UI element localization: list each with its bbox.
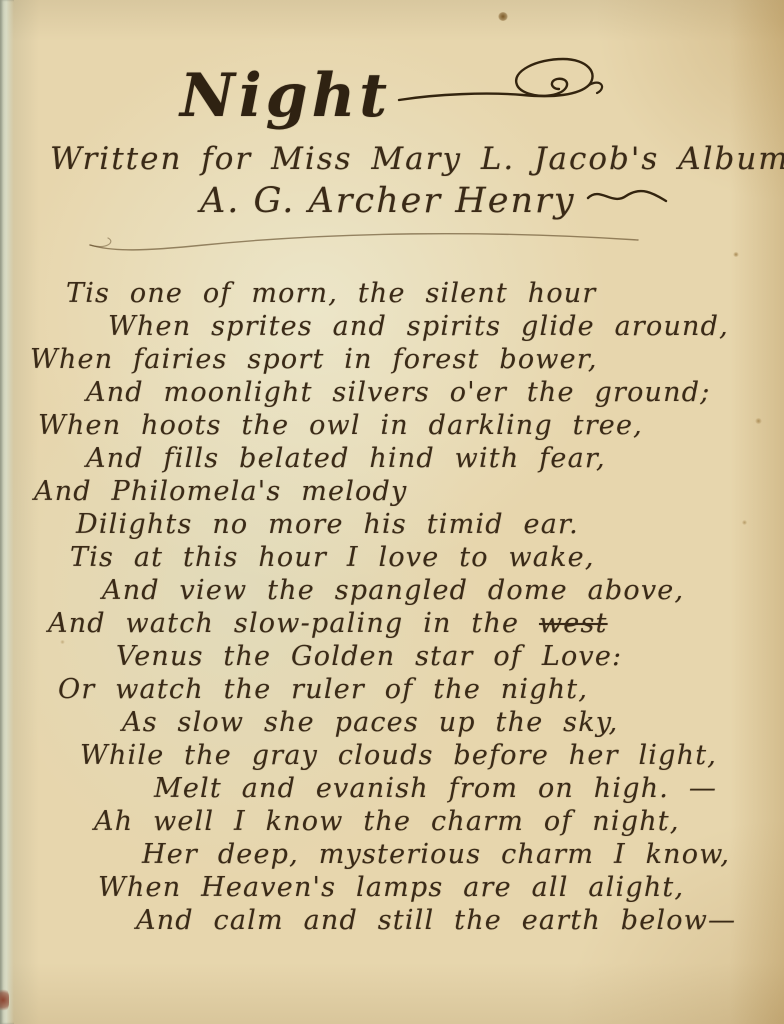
poem-line: When Heaven's lamps are all alight,: [98, 871, 768, 904]
poem: Tis one of morn, the silent hourWhen spr…: [28, 277, 768, 937]
poem-line: When hoots the owl in darkling tree,: [38, 409, 768, 442]
poem-line-text: When Heaven's lamps are all alight,: [98, 872, 684, 903]
poem-line: Or watch the ruler of the night,: [58, 673, 768, 706]
title-flourish-icon: [397, 44, 617, 110]
underline-flourish-icon: [84, 221, 644, 255]
page-title: Night: [180, 61, 391, 131]
poem-line-text: And view the spangled dome above,: [102, 575, 684, 606]
poem-line-text: While the gray clouds before her light,: [80, 740, 717, 771]
ink-stain: [498, 12, 508, 21]
poem-line: And fills belated hind with fear,: [86, 442, 768, 475]
tail-swash-icon: [584, 182, 670, 210]
poem-line: When sprites and spirits glide around,: [108, 310, 768, 343]
dedication-line-1: Written for Miss Mary L. Jacob's Album b…: [50, 141, 768, 177]
poem-line-text: And moonlight silvers o'er the ground;: [86, 377, 711, 408]
poem-line-text: Tis one of morn, the silent hour: [66, 278, 597, 309]
poem-line-text: As slow she paces up the sky,: [122, 707, 618, 738]
poem-line: And moonlight silvers o'er the ground;: [86, 376, 768, 409]
poem-line-text: Ah well I know the charm of night,: [94, 806, 680, 837]
manuscript-page: Night Written for Miss Mary L. Jacob's A…: [0, 0, 784, 1024]
poem-line-text: When sprites and spirits glide around,: [108, 311, 729, 342]
struck-word: west: [539, 608, 608, 639]
poem-line: While the gray clouds before her light,: [80, 739, 768, 772]
poem-line: Tis at this hour I love to wake,: [70, 541, 768, 574]
poem-line: As slow she paces up the sky,: [122, 706, 768, 739]
page-content: Night Written for Miss Mary L. Jacob's A…: [28, 44, 768, 937]
poem-line: Tis one of morn, the silent hour: [66, 277, 768, 310]
poem-line-text: When hoots the owl in darkling tree,: [38, 410, 643, 441]
poem-line: Her deep, mysterious charm I know,: [142, 838, 768, 871]
poem-line-text: Melt and evanish from on high. —: [154, 773, 717, 804]
poem-line-text: And fills belated hind with fear,: [86, 443, 606, 474]
poem-line-text: And calm and still the earth below—: [136, 905, 736, 936]
poem-line-text: When fairies sport in forest bower,: [30, 344, 598, 375]
poem-line: Venus the Golden star of Love:: [116, 640, 768, 673]
poem-line-text: Venus the Golden star of Love:: [116, 641, 622, 672]
poem-line-text: Her deep, mysterious charm I know,: [142, 839, 730, 870]
poem-line: Ah well I know the charm of night,: [94, 805, 768, 838]
title-row: Night: [180, 44, 768, 131]
poem-line: And calm and still the earth below—: [136, 904, 768, 937]
poem-line: Dilights no more his timid ear.: [76, 508, 768, 541]
dedication-line-2: A. G. Archer Henry: [200, 181, 576, 221]
poem-line-text: And Philomela's melody: [34, 476, 407, 507]
dedication-row: A. G. Archer Henry: [200, 181, 768, 221]
poem-line-text: And watch slow-paling in the: [48, 608, 539, 639]
poem-line: And Philomela's melody: [34, 475, 768, 508]
poem-line-text: Dilights no more his timid ear.: [76, 509, 579, 540]
poem-line: When fairies sport in forest bower,: [30, 343, 768, 376]
poem-line: Melt and evanish from on high. —: [154, 772, 768, 805]
poem-line-text: Or watch the ruler of the night,: [58, 674, 588, 705]
page-left-edge: [0, 0, 14, 1024]
poem-line: And view the spangled dome above,: [102, 574, 768, 607]
poem-line-text: Tis at this hour I love to wake,: [70, 542, 595, 573]
poem-line: And watch slow-paling in the west: [48, 607, 768, 640]
